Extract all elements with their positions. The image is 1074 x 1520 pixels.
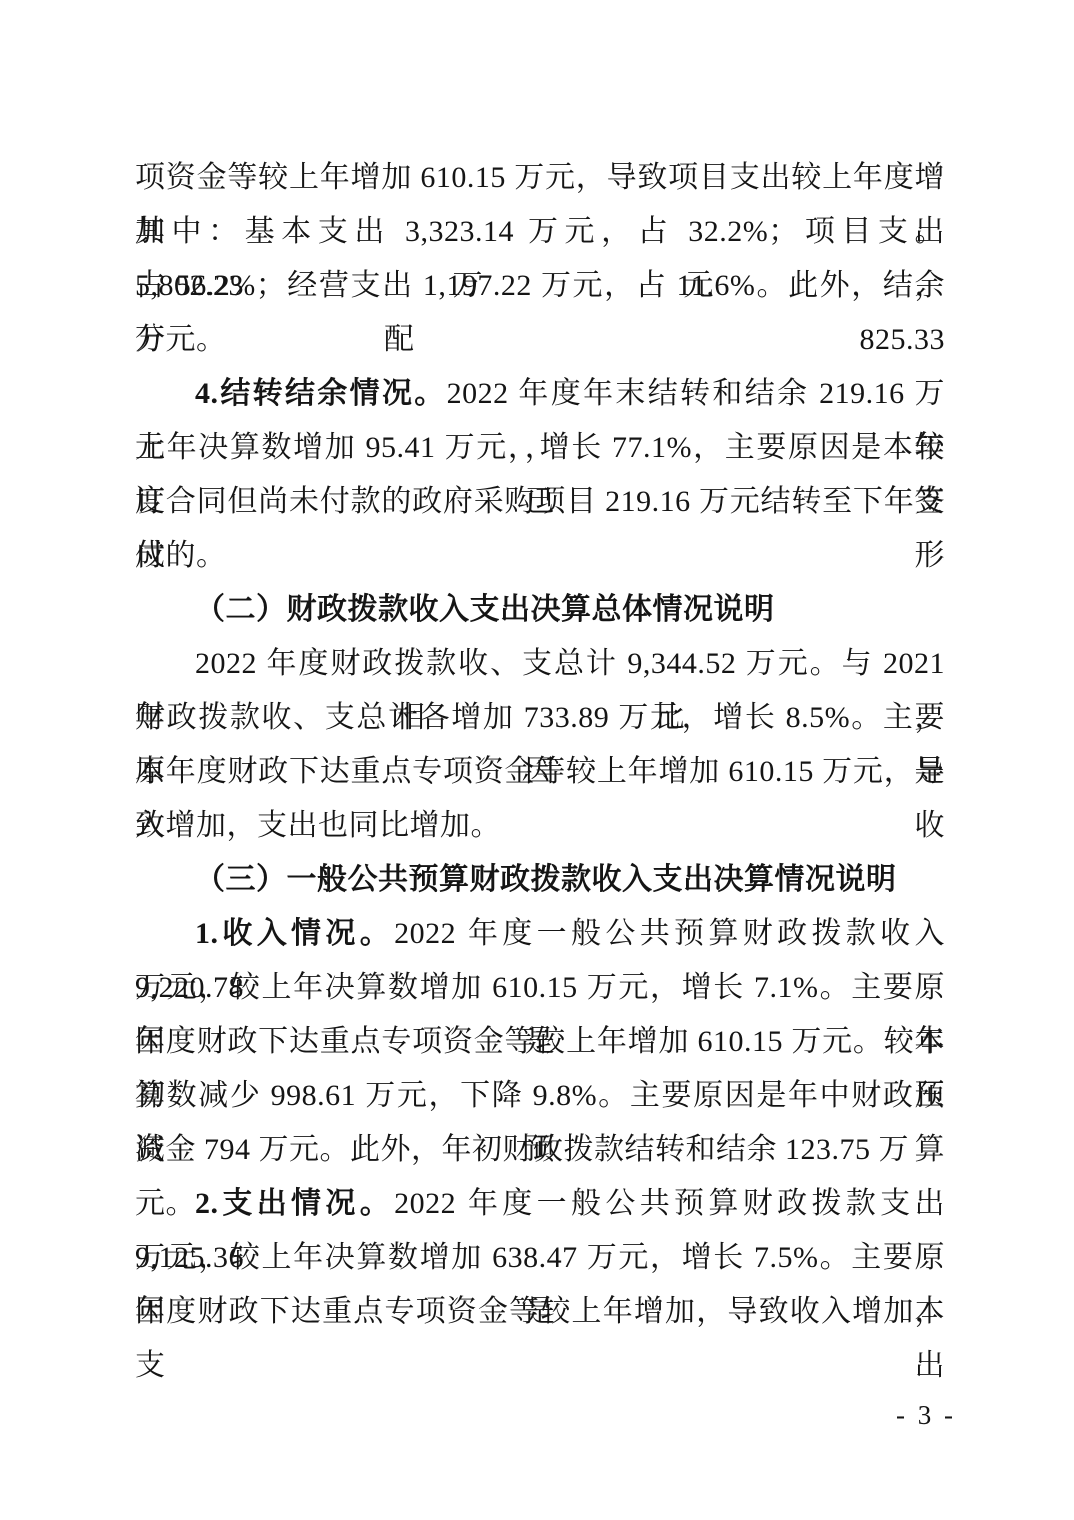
text-line: 上年决算数增加 95.41 万元，增长 77.1%，主要原因是本年度已签 <box>135 421 945 475</box>
section-heading: （三）一般公共预算财政拨款收入支出决算情况说明 <box>135 853 945 907</box>
text-segment: 年度财政下达重点专项资金等较上年增加，导致收入增加，支出 <box>135 1295 945 1382</box>
text-line: 年度财政下达重点专项资金等较上年增加 610.15 万元。较年初预 <box>135 1015 945 1069</box>
bold-text-segment: 2.支出情况。 <box>195 1187 394 1220</box>
bold-text-segment: 1.收入情况。 <box>195 917 394 950</box>
text-line: 订合同但尚未付款的政府采购项目 219.16 万元结转至下年支付形 <box>135 475 945 529</box>
text-segment: 入增加，支出也同比增加。 <box>135 809 501 842</box>
text-line: 本年度财政下达重点专项资金等较上年增加 610.15 万元，导致收 <box>135 745 945 799</box>
text-line: 2.支出情况。2022 年度一般公共预算财政拨款支出 9,125.36 <box>135 1177 945 1231</box>
text-block: 项资金等较上年增加 610.15 万元，导致项目支出较上年度增加。其中：基本支出… <box>135 151 945 1339</box>
text-line: 万元，较上年决算数增加 638.47 万元，增长 7.5%。主要原因是本 <box>135 1231 945 1285</box>
text-line: 资金 794 万元。此外，年初财政拨款结转和结余 123.75 万元。 <box>135 1123 945 1177</box>
text-line: 4.结转结余情况。2022 年度年末结转和结余 219.16 万元，较 <box>135 367 945 421</box>
text-line: 财政拨款收、支总计各增加 733.89 万元，增长 8.5%。主要原因是 <box>135 691 945 745</box>
text-segment: 占 56.2%；经营支出 1,197.22 万元，占 11.6%。此外，结余分配… <box>135 269 945 356</box>
bold-text-segment: （二）财政拨款收入支出决算总体情况说明 <box>195 593 775 626</box>
text-line: 年度财政下达重点专项资金等较上年增加，导致收入增加，支出 <box>135 1285 945 1339</box>
bold-text-segment: （三）一般公共预算财政拨款收入支出决算情况说明 <box>195 863 897 896</box>
text-line: 万元，较上年决算数增加 610.15 万元，增长 7.1%。主要原因是本 <box>135 961 945 1015</box>
document-page: 项资金等较上年增加 610.15 万元，导致项目支出较上年度增加。其中：基本支出… <box>0 0 1074 1520</box>
text-line: 项资金等较上年增加 610.15 万元，导致项目支出较上年度增加。 <box>135 151 945 205</box>
text-segment: 成的。 <box>135 539 227 572</box>
text-segment: 万元。 <box>135 323 227 356</box>
text-segment: 订合同但尚未付款的政府采购项目 219.16 万元结转至下年支付形 <box>135 485 945 572</box>
bold-text-segment: 4.结转结余情况。 <box>195 377 447 410</box>
text-line: 2022 年度财政拨款收、支总计 9,344.52 万元。与 2021 年相比， <box>135 637 945 691</box>
page-number: - 3 - <box>896 1400 956 1431</box>
text-line: 占 56.2%；经营支出 1,197.22 万元，占 11.6%。此外，结余分配… <box>135 259 945 313</box>
text-line: 1.收入情况。2022 年度一般公共预算财政拨款收入 9,220.78 <box>135 907 945 961</box>
text-line: 其中：基本支出 3,323.14 万元，占 32.2%；项目支出 5,802.2… <box>135 205 945 259</box>
section-heading: （二）财政拨款收入支出决算总体情况说明 <box>135 583 945 637</box>
text-line: 算数减少 998.61 万元，下降 9.8%。主要原因是年中财政压减预算 <box>135 1069 945 1123</box>
